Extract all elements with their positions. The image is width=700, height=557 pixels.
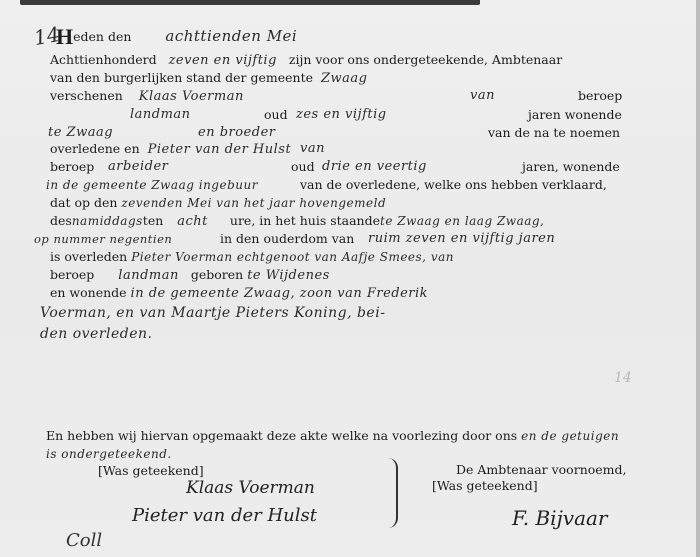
handwritten-residence-parents: in de gemeente Zwaag, zoon van Frederik [131, 286, 429, 301]
printed-text: ure, in het huis staande [230, 213, 380, 228]
handwritten-municipality: Zwaag [321, 71, 367, 86]
printed-text: in den ouderdom van [220, 231, 354, 247]
record-line-14: beroep landman geboren te Wijdenes [50, 267, 650, 284]
handwritten-age-deceased: ruim zeven en vijftig jaren [368, 231, 555, 247]
record-line-10: dat op den zevenden Mei van het jaar hov… [50, 195, 650, 211]
printed-text: en wonende [50, 285, 127, 300]
page-right-edge [696, 0, 700, 557]
record-line-17: den overleden. [40, 326, 153, 342]
record-line-3: van den burgerlijken stand der gemeente … [50, 70, 367, 87]
printed-text: dat op den [50, 195, 117, 210]
printed-text: Achttienhonderd [50, 52, 157, 67]
record-line-1: Heden den achttienden Mei [56, 28, 297, 45]
printed-closing-text: En hebben wij hiervan opgemaakt deze akt… [46, 428, 517, 443]
printed-text: beroep [578, 88, 622, 104]
record-line-13: is overleden Pieter Voerman echtgenoot v… [50, 249, 700, 265]
signature-official: F. Bijvaar [512, 506, 607, 530]
record-line-2: Achttienhonderd zeven en vijftig zijn vo… [50, 52, 562, 69]
printed-text: des [50, 213, 72, 228]
handwritten-parents: Voerman, en van Maartje Pieters Koning, … [40, 305, 385, 321]
handwritten-time-of-day: namiddags [72, 214, 143, 228]
printed-text: verschenen [50, 88, 123, 103]
printed-text: ten [143, 213, 163, 228]
handwritten-occupation: landman [130, 107, 191, 123]
printed-text: overledene en [50, 141, 140, 156]
margin-note-coll: Coll [66, 530, 102, 551]
handwritten-deceased-name: Pieter Voerman echtgenoot van Aafje Smee… [131, 250, 454, 264]
printed-text: oud [264, 107, 288, 123]
handwritten-year: zeven en vijftig [169, 53, 277, 68]
handwritten-relation: en broeder [198, 125, 275, 141]
handwritten-birthplace: te Wijdenes [247, 268, 330, 283]
right-signed-label: [Was geteekend] [432, 478, 538, 494]
page-top-border [20, 0, 480, 5]
printed-text: beroep [50, 159, 94, 174]
closing-line-2: is ondergeteekend. [46, 446, 172, 462]
printed-text: jaren, wonende [522, 159, 620, 175]
handwritten-occupation: arbeider [108, 159, 168, 175]
handwritten-house-number: op nummer negentien [34, 231, 172, 247]
handwritten-signed: is ondergeteekend. [46, 447, 172, 461]
printed-text: van den burgerlijken stand der gemeente [50, 70, 313, 85]
handwritten-age: drie en veertig [322, 159, 427, 175]
printed-text: is overleden [50, 249, 127, 264]
handwritten-age: zes en vijftig [296, 107, 387, 123]
handwritten-address: te Zwaag en laag Zwaag, [380, 214, 544, 228]
signature-pieter-van-der-hulst: Pieter van der Hulst [132, 505, 317, 526]
official-title: De Ambtenaar voornoemd, [456, 462, 627, 478]
record-line-16: Voerman, en van Maartje Pieters Koning, … [40, 305, 690, 321]
printed-text: geboren [191, 267, 243, 282]
handwritten-closing: den overleden. [40, 326, 153, 342]
handwritten-declarant-2: Pieter van der Hulst [148, 142, 292, 157]
record-line-4: verschenen Klaas Voerman van beroep [50, 88, 620, 105]
initial-capital: H [56, 24, 73, 49]
printed-text: jaren wonende [528, 107, 622, 123]
handwritten-residence: te Zwaag [48, 125, 113, 141]
printed-text: zijn voor ons ondergeteekende, Ambtenaar [289, 52, 562, 67]
bleed-through-number: 14 [614, 370, 632, 386]
printed-text: eden den [73, 29, 131, 44]
record-line-8: beroep arbeider oud drie en veertig jare… [50, 159, 620, 175]
signature-klaas-voerman: Klaas Voerman [186, 478, 315, 498]
left-signed-label: [Was geteekend] [98, 463, 204, 479]
handwritten-text: van [470, 88, 495, 104]
handwritten-text: van [300, 141, 325, 157]
printed-text: van de na te noemen [488, 125, 620, 141]
handwritten-occupation: landman [118, 268, 179, 283]
printed-text: oud [291, 159, 315, 175]
handwritten-declarant-1: Klaas Voerman [139, 89, 244, 104]
handwritten-residence: in de gemeente Zwaag ingebuur [46, 177, 258, 193]
closing-line: En hebben wij hiervan opgemaakt deze akt… [46, 428, 696, 444]
printed-text: van de overledene, welke ons hebben verk… [300, 177, 607, 193]
handwritten-death-date: zevenden Mei van het jaar hovengemeld [121, 196, 386, 210]
handwritten-witnesses: en de getuigen [521, 429, 619, 443]
handwritten-hour: acht [177, 214, 208, 229]
record-line-7: overledene en Pieter van der Hulst van [50, 141, 620, 158]
signature-bracket [386, 458, 398, 528]
handwritten-date: achttienden Mei [165, 27, 297, 45]
record-line-15: en wonende in de gemeente Zwaag, zoon va… [50, 285, 700, 302]
document-page: 14 Heden den achttienden Mei Achttienhon… [0, 0, 700, 557]
printed-text: beroep [50, 267, 94, 282]
record-line-11: desnamiddagsten acht ure, in het huis st… [50, 213, 690, 230]
